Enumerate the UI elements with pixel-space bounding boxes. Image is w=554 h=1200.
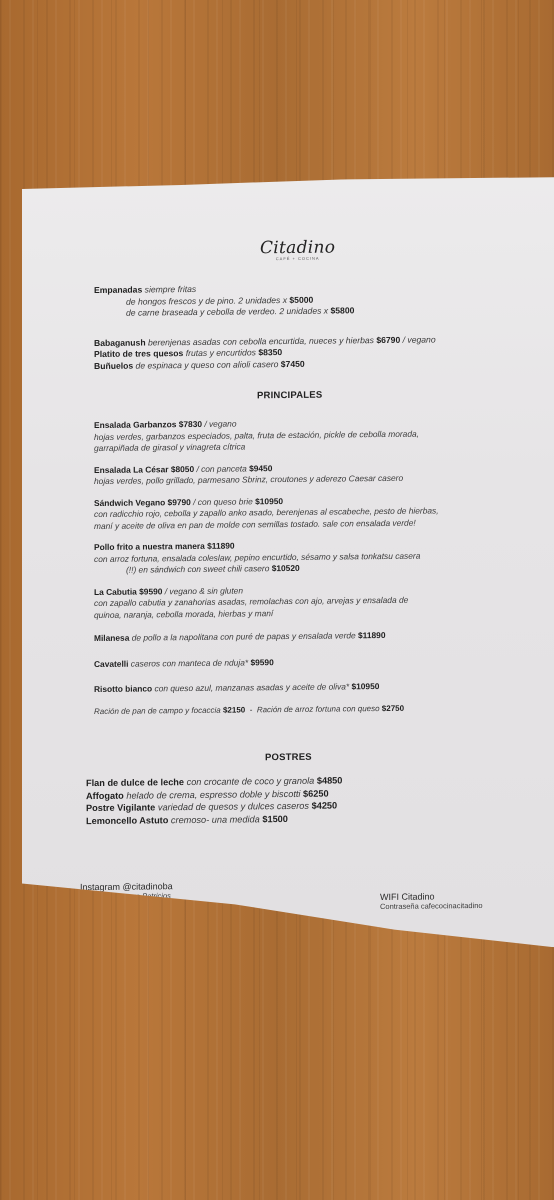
principales-section: Ensalada Garbanzos $7830 / vegano hojas … xyxy=(94,416,439,717)
menu-item-postre-vigilante: Postre Vigilante variedad de quesos y du… xyxy=(86,799,342,814)
footer-contact: Instagram @citadinoba Atuel 608, Parque … xyxy=(80,881,173,901)
address: Atuel 608, Parque Patricios xyxy=(80,891,173,901)
menu-item-ensalada-cesar: Ensalada La César $8050 / con panceta $9… xyxy=(94,461,439,488)
footer-wifi: WIFI Citadino Contraseña cafecocinacitad… xyxy=(380,891,483,911)
section-title-principales: PRINCIPALES xyxy=(257,390,322,402)
menu-paper: Citadino CAFÉ + COCINA Empanadas siempre… xyxy=(22,177,554,953)
wifi-password: Contraseña cafecocinacitadino xyxy=(380,901,483,911)
brand-logo: Citadino CAFÉ + COCINA xyxy=(260,238,335,262)
menu-item-la-cabutia: La Cabutia $9590 / vegano & sin gluten c… xyxy=(94,583,439,621)
section-title-postres: POSTRES xyxy=(265,752,312,763)
menu-item-lemoncello: Lemoncello Astuto cremoso- una medida $1… xyxy=(86,812,342,827)
postres-section: Flan de dulce de leche con crocante de c… xyxy=(86,774,342,827)
menu-item-pollo-frito: Pollo frito a nuestra manera $11890 con … xyxy=(94,538,439,576)
menu-item-sandwich-vegano: Sándwich Vegano $9790 / con queso brie $… xyxy=(94,494,439,532)
menu-item-ensalada-garbanzos: Ensalada Garbanzos $7830 / vegano hojas … xyxy=(94,416,439,454)
sides-line: Ración de pan de campo y focaccia $2150 … xyxy=(94,702,439,717)
menu-item-bunuelos: Buñuelos de espinaca y queso con alioli … xyxy=(94,357,436,372)
entradas-section: Empanadas siempre fritas de hongos fresc… xyxy=(94,281,436,372)
